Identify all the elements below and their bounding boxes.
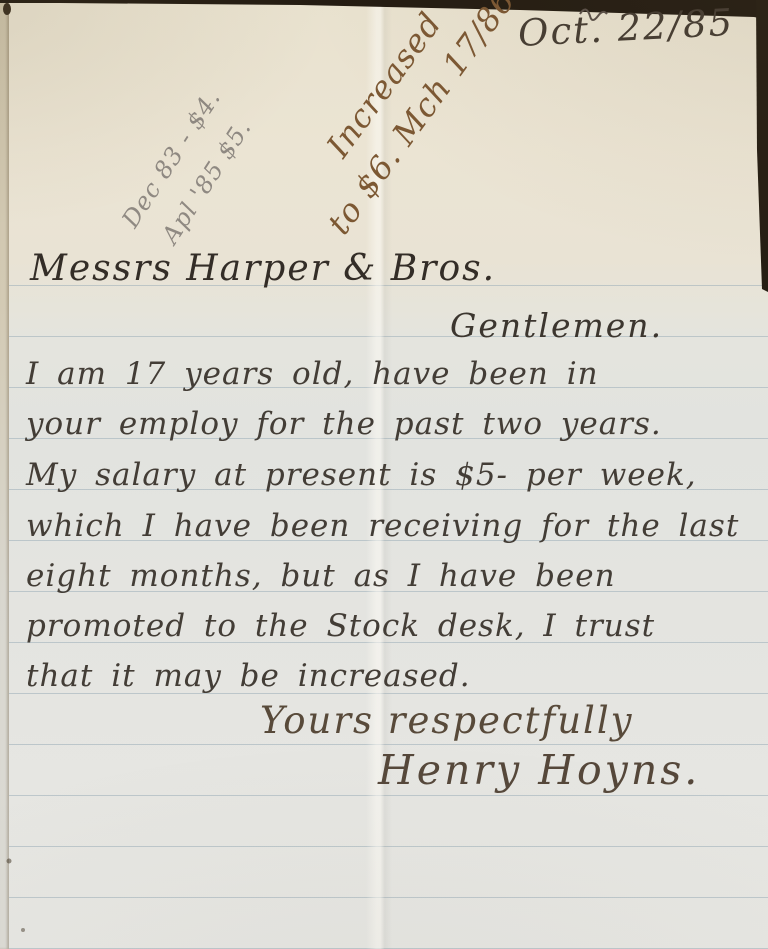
body-line: I am 17 years old, have been in [26, 356, 599, 392]
letter-page: Oct. 22/85 Increased to $6. Mch 17/86 De… [0, 0, 768, 949]
body-line: eight months, but as I have been [26, 558, 616, 594]
closing-line: Yours respectfully [260, 699, 634, 742]
paper-edge-left [0, 0, 9, 949]
recipient-line: Messrs Harper & Bros. [30, 248, 496, 289]
signature-line: Henry Hoyns. [378, 746, 700, 794]
salutation-line: Gentlemen. [450, 306, 663, 345]
body-line: that it may be increased. [26, 658, 471, 694]
letter-date: Oct. 22/85 [517, 0, 749, 55]
body-line: promoted to the Stock desk, I trust [26, 608, 655, 644]
body-line: which I have been receiving for the last [26, 508, 739, 544]
body-line: My salary at present is $5- per week, [26, 457, 697, 493]
body-line: your employ for the past two years. [26, 406, 662, 442]
increase-annotation: Increased to $6. Mch 17/86 [268, 0, 537, 259]
